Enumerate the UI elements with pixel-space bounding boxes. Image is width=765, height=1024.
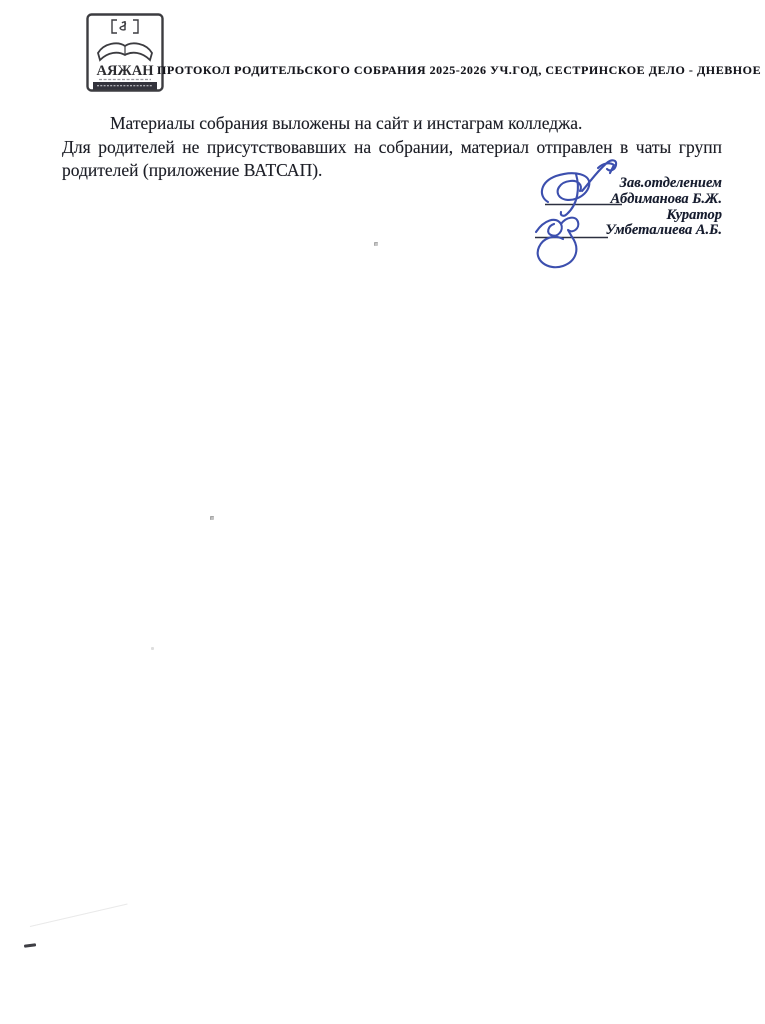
- scan-speck: [374, 242, 378, 246]
- body-line: Для родителей не присутствовавших на соб…: [62, 136, 722, 160]
- body-line: Материалы собрания выложены на сайт и ин…: [62, 112, 722, 136]
- document-title: ПРОТОКОЛ РОДИТЕЛЬСКОГО СОБРАНИЯ 2025-202…: [157, 63, 732, 78]
- scan-speck: [210, 516, 214, 520]
- scanned-document-page: АЯЖАН ПРОТОКОЛ РОДИТЕЛЬСКОГО СОБРАНИЯ 20…: [0, 0, 765, 1024]
- signature-ink-abdimanova: [542, 160, 616, 215]
- college-logo: АЯЖАН: [86, 13, 164, 92]
- logo-college-name: АЯЖАН: [96, 63, 154, 79]
- signature-ink-umbetalieva: [536, 218, 578, 268]
- scan-speck: [151, 647, 154, 650]
- scan-scratch: [30, 904, 128, 927]
- handwritten-signatures: [520, 158, 750, 283]
- scan-dash-mark: [24, 943, 36, 947]
